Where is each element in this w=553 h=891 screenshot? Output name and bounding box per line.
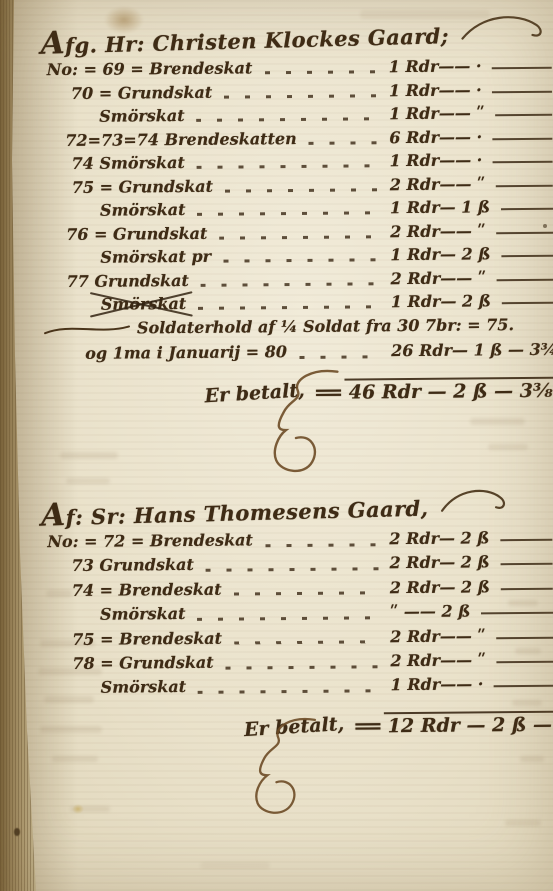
entry-label: 75 = Grundskat (72, 176, 213, 196)
entry-label: No: = 69 = Brendeskat (47, 58, 253, 79)
entry-label: 77 Grundskat (67, 270, 189, 290)
entry-label: No: = 72 = Brendeskat (47, 530, 253, 551)
amount-rule (500, 588, 552, 590)
total-label: Er betalt, (204, 379, 305, 407)
amount: 1 Rdr—— · (389, 79, 552, 99)
bleedthrough-mark (505, 820, 541, 826)
amount-rule (496, 636, 553, 638)
equals-sign: = (351, 715, 385, 737)
amount-value: 2 Rdr (390, 578, 440, 597)
bleedthrough-mark (488, 444, 528, 450)
amount-subunits: —— ʺ (440, 268, 492, 287)
amount: 2 Rdr— 2 ß (390, 577, 553, 597)
amount-value: 2 Rdr (389, 553, 439, 572)
dotted-leader (201, 282, 381, 287)
amount-value: 2 Rdr (390, 626, 440, 645)
note-text: og 1ma i Januarij = 80 (85, 342, 287, 363)
amount-subunits: —— ʺ (440, 650, 492, 669)
amount-subunits: —— · (439, 127, 488, 146)
dotted-leader (197, 212, 380, 217)
amount: 1 Rdr—— · (389, 56, 552, 76)
entry-label: 73 Grundskat (71, 555, 193, 575)
amount-rule (493, 161, 553, 164)
amount: 2 Rdr— 2 ß (389, 552, 552, 572)
amount-subunits: —— ʺ (439, 103, 491, 122)
total-row: Er betalt, = 12 Rdr — 2 ß — (43, 711, 553, 740)
equals-sign: = (312, 381, 346, 403)
amount-value: 1 Rdr (389, 104, 439, 123)
amount-subunits: —— ʺ (440, 626, 492, 645)
amount-rule (481, 612, 553, 615)
amount: ʺ —— 2 ß (390, 601, 553, 621)
amount-subunits: —— ʺ (440, 221, 492, 240)
amount-value: 2 Rdr (390, 221, 440, 240)
section-heading: Afg. Hr: Christen Klockes Gaard; (40, 15, 449, 62)
amount-subunits: — 2 ß (440, 291, 496, 310)
entry-label: Smörskat (100, 200, 186, 220)
amount: 2 Rdr—— ʺ (391, 267, 553, 287)
amount-value: 2 Rdr (391, 268, 441, 287)
amount-rule (495, 114, 552, 116)
dotted-leader (224, 94, 379, 98)
bleedthrough-mark (66, 478, 110, 484)
bleedthrough-mark (520, 756, 544, 762)
amount-value: 26 Rdr (391, 340, 452, 360)
ledger-row: Smörskat 1 Rdr—— · (43, 674, 553, 703)
section-heading-line: Afg. Hr: Christen Klockes Gaard; (40, 18, 551, 58)
entry-label: 78 = Grundskat (72, 653, 213, 673)
amount-subunits: —— · (440, 675, 489, 694)
dotted-leader (197, 165, 380, 170)
bleedthrough-mark (470, 418, 525, 425)
entry-label: Smörskat (101, 677, 187, 697)
amount-subunits: — 1 ß (440, 197, 496, 216)
book-gutter-edge (0, 0, 38, 891)
amount-rule (500, 563, 552, 565)
amount: 2 Rdr—— ʺ (390, 625, 553, 645)
amount-value: ʺ (390, 602, 399, 621)
dotted-leader (223, 259, 380, 263)
amount-subunits: —— 2 ß (398, 602, 476, 622)
amount-value: 2 Rdr (390, 651, 440, 670)
entry-label: Smörskat pr (100, 247, 211, 267)
amount-subunits: —— · (438, 80, 487, 99)
amount-rule (497, 278, 553, 280)
dotted-leader (206, 567, 380, 572)
dotted-leader (225, 188, 380, 192)
total-row: Er betalt, = 46 Rdr — 2 ß — 3⅜ (43, 376, 553, 405)
dotted-leader (226, 665, 381, 669)
amount: 2 Rdr— 2 ß (389, 528, 552, 548)
amount-subunits: — 2 ß (439, 577, 495, 596)
amount-subunits: — 1 ß — 3¾ (452, 339, 553, 359)
note-text: Soldaterhold af ¼ Soldat fra 30 7br: = 7… (137, 315, 514, 337)
amount-rule (501, 208, 553, 210)
amount-value: 1 Rdr (391, 292, 441, 311)
note-row: og 1ma i Januarij = 80 26 Rdr— 1 ß — 3¾ (43, 339, 553, 368)
amount-rule (500, 539, 552, 541)
amount-value: 1 Rdr (389, 57, 439, 76)
amount-value: 1 Rdr (389, 80, 439, 99)
bleedthrough-mark (52, 756, 98, 762)
entry-label: 74 = Brendeskat (72, 579, 222, 599)
dotted-leader (197, 118, 380, 123)
bleedthrough-mark (60, 452, 118, 459)
amount-rule (493, 137, 553, 140)
total-value: 46 Rdr — 2 ß — 3⅜ (345, 376, 553, 403)
entry-label: 74 Smörskat (71, 153, 184, 173)
amount-value: 1 Rdr (390, 198, 440, 217)
dotted-leader (309, 141, 380, 145)
total-label: Er betalt, (243, 713, 344, 741)
account-section-klockes-gaard: Afg. Hr: Christen Klockes Gaard; No: = 6… (40, 18, 553, 406)
dotted-leader (234, 592, 380, 596)
amount: 26 Rdr— 1 ß — 3¾ (391, 339, 553, 359)
dotted-leader (264, 71, 378, 75)
amount: 2 Rdr—— ʺ (390, 220, 553, 240)
dotted-leader (299, 355, 381, 359)
amount: 1 Rdr— 1 ß (390, 197, 553, 217)
amount-value: 2 Rdr (389, 529, 439, 548)
entry-label: 70 = Grundskat (71, 82, 212, 102)
dotted-leader (265, 543, 379, 547)
amount-rule (492, 67, 552, 70)
bleedthrough-mark (200, 862, 270, 869)
heading-flourish (438, 486, 508, 513)
amount-subunits: — 2 ß (440, 244, 496, 263)
amount-subunits: — 2 ß (439, 528, 495, 547)
dotted-leader (234, 641, 380, 645)
amount-rule (496, 184, 553, 186)
entry-label: Smörskat (100, 604, 186, 624)
amount-rule (497, 661, 553, 663)
entry-label: Smörskat (99, 106, 185, 126)
amount: 6 Rdr—— · (389, 126, 552, 146)
amount: 2 Rdr—— ʺ (390, 650, 553, 670)
amount: 1 Rdr—— · (389, 150, 552, 170)
amount-value: 1 Rdr (390, 245, 440, 264)
entry-label: 75 = Brendeskat (72, 628, 222, 648)
lead-in-flourish (43, 321, 131, 336)
total-value: 12 Rdr — 2 ß — (384, 711, 553, 737)
amount: 2 Rdr—— ʺ (390, 173, 553, 193)
amount-rule (492, 90, 552, 93)
section-heading-line: Af: Sr: Hans Thomesens Gaard, (41, 490, 552, 530)
amount-value: 2 Rdr (390, 174, 440, 193)
amount: 1 Rdr— 2 ß (391, 291, 553, 311)
amount-rule (501, 255, 553, 257)
amount-subunits: —— · (439, 150, 488, 169)
amount-subunits: — 2 ß (439, 553, 495, 572)
struck-entry-label: Smörskat (101, 294, 187, 314)
amount-rule (501, 302, 553, 304)
account-section-thomesens-gaard: Af: Sr: Hans Thomesens Gaard, No: = 72 =… (41, 490, 553, 740)
amount-subunits: —— ʺ (439, 174, 491, 193)
section-heading: Af: Sr: Hans Thomesens Gaard, (41, 487, 429, 533)
entry-label: 72=73=74 Brendeskatten (65, 129, 297, 150)
dotted-leader (198, 689, 381, 694)
entry-label: 76 = Grundskat (66, 223, 207, 243)
amount: 1 Rdr—— · (391, 674, 553, 694)
dotted-leader (197, 616, 380, 621)
amount-value: 1 Rdr (391, 675, 441, 694)
amount-subunits: —— · (438, 56, 487, 75)
dotted-leader (219, 235, 380, 239)
paper-stain (72, 804, 84, 814)
amount-value: 1 Rdr (389, 151, 439, 170)
amount-value: 6 Rdr (389, 127, 439, 146)
heading-flourish (459, 12, 545, 41)
dotted-leader (198, 306, 381, 311)
bleedthrough-mark (70, 806, 110, 812)
amount: 1 Rdr— 2 ß (390, 244, 553, 264)
amount-rule (494, 685, 553, 688)
amount-rule (496, 231, 553, 233)
amount: 1 Rdr—— ʺ (389, 103, 552, 123)
